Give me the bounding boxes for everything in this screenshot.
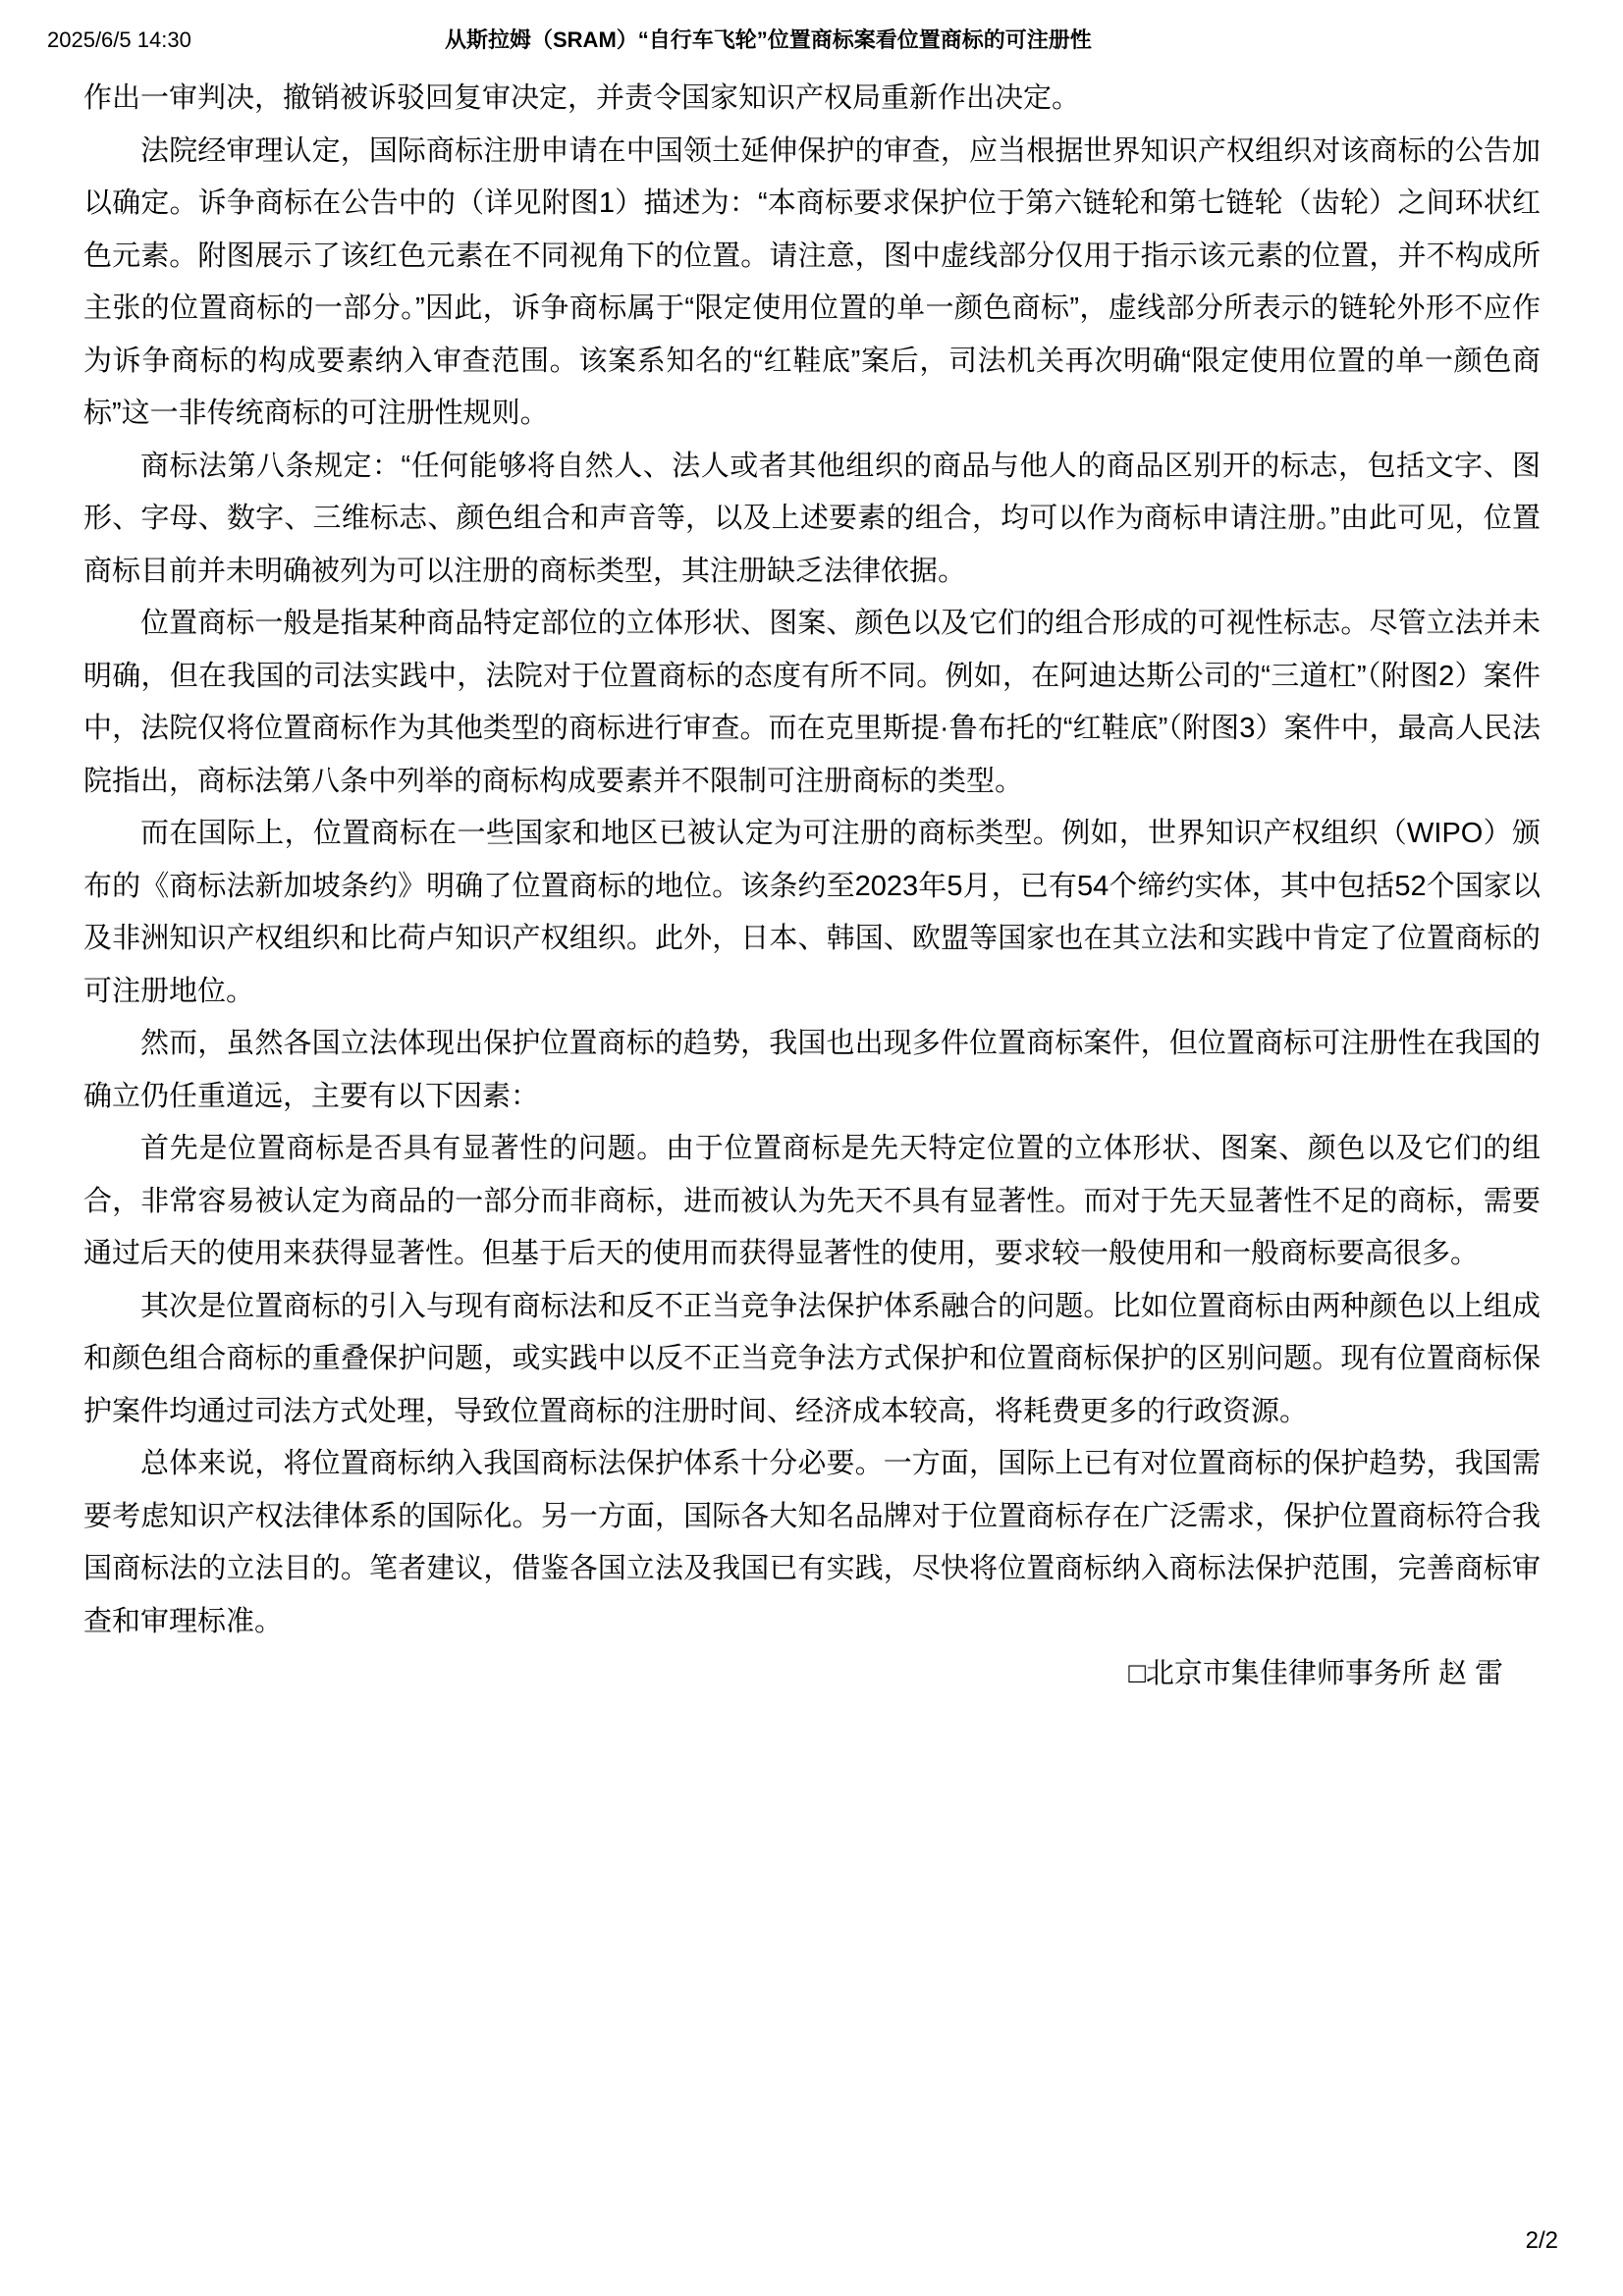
print-header: 2025/6/5 14:30 从斯拉姆（SRAM）“自行车飞轮”位置商标案看位置… bbox=[47, 24, 1576, 57]
document-page: 2025/6/5 14:30 从斯拉姆（SRAM）“自行车飞轮”位置商标案看位置… bbox=[0, 0, 1623, 2296]
header-datetime: 2025/6/5 14:30 bbox=[47, 24, 191, 57]
paragraph-position-mark-definition: 位置商标一般是指某种商品特定部位的立体形状、图案、颜色以及它们的组合形成的可视性… bbox=[83, 598, 1541, 808]
paragraph-continuation: 作出一审判决，撤销被诉驳回复审决定，并责令国家知识产权局重新作出决定。 bbox=[83, 73, 1541, 126]
paragraph-first-distinctiveness: 首先是位置商标是否具有显著性的问题。由于位置商标是先天特定位置的立体形状、图案、… bbox=[83, 1123, 1541, 1281]
paragraph-trademark-law-article8: 商标法第八条规定：“任何能够将自然人、法人或者其他组织的商品与他人的商品区别开的… bbox=[83, 441, 1541, 599]
paragraph-conclusion: 总体来说，将位置商标纳入我国商标法保护体系十分必要。一方面，国际上已有对位置商标… bbox=[83, 1438, 1541, 1648]
paragraph-however-factors: 然而，虽然各国立法体现出保护位置商标的趋势，我国也出现多件位置商标案件，但位置商… bbox=[83, 1018, 1541, 1123]
paragraph-international-status: 而在国际上，位置商标在一些国家和地区已被认定为可注册的商标类型。例如，世界知识产… bbox=[83, 808, 1541, 1018]
page-number: 2/2 bbox=[1526, 2227, 1558, 2254]
page-footer: 2/2 bbox=[1526, 2227, 1558, 2255]
paragraph-second-integration: 其次是位置商标的引入与现有商标法和反不正当竞争法保护体系融合的问题。比如位置商标… bbox=[83, 1281, 1541, 1439]
author-signature: □北京市集佳律师事务所 赵 雷 bbox=[83, 1648, 1541, 1701]
article-body: 作出一审判决，撤销被诉驳回复审决定，并责令国家知识产权局重新作出决定。 法院经审… bbox=[83, 73, 1541, 1701]
paragraph-court-findings: 法院经审理认定，国际商标注册申请在中国领土延伸保护的审查，应当根据世界知识产权组… bbox=[83, 126, 1541, 441]
header-title: 从斯拉姆（SRAM）“自行车飞轮”位置商标案看位置商标的可注册性 bbox=[445, 24, 1092, 57]
